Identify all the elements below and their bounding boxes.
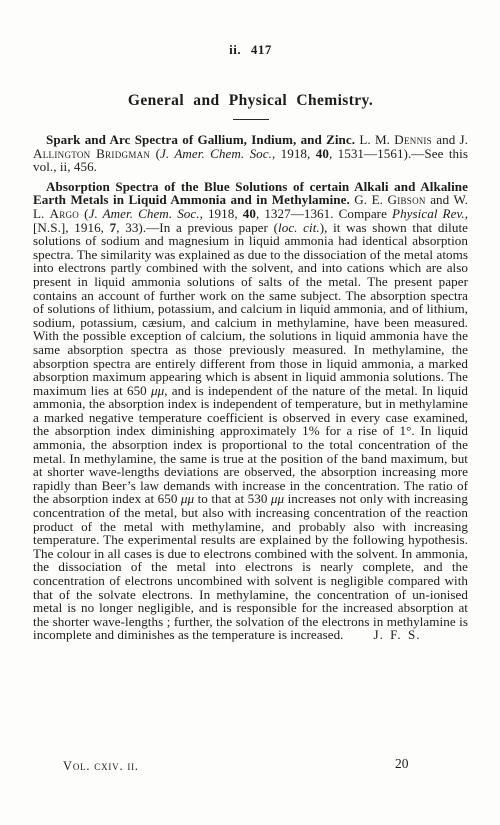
text-run: ), it was shown that dilute solutions of…: [33, 220, 468, 398]
footer-volume-part: ii.: [123, 759, 138, 773]
section-title: General and Physical Chemistry.: [33, 92, 468, 110]
journal-page: ii. 417 General and Physical Chemistry. …: [0, 0, 500, 825]
footer-volume-text: Vol. cxiv.: [63, 759, 123, 773]
footer-sheet-number: 20: [395, 756, 409, 772]
abstract-text-runs: Absorption Spectra of the Blue Solutions…: [33, 179, 468, 643]
text-run: J. Amer. Chem. Soc.: [160, 146, 272, 161]
running-head-page-number: ii. 417: [33, 42, 468, 58]
text-run: , and is independent of the nature of th…: [33, 383, 468, 507]
text-run: (: [150, 146, 160, 161]
section-divider-rule: [233, 119, 269, 120]
footer-volume-label: Vol. cxiv. ii.: [63, 759, 139, 774]
abstractor-initials: J. F. S.: [374, 627, 421, 642]
abstract-paragraph-absorption-spectra: Absorption Spectra of the Blue Solutions…: [33, 180, 468, 642]
text-run: 40: [316, 146, 329, 161]
abstract-text-runs: Spark and Arc Spectra of Gallium, Indium…: [33, 132, 468, 174]
text-run: , 1918,: [272, 146, 316, 161]
text-run: increases not only with increasing conce…: [33, 491, 468, 642]
abstract-paragraph-spark-arc-spectra: Spark and Arc Spectra of Gallium, Indium…: [33, 133, 468, 174]
page-content: ii. 417 General and Physical Chemistry. …: [33, 0, 468, 642]
